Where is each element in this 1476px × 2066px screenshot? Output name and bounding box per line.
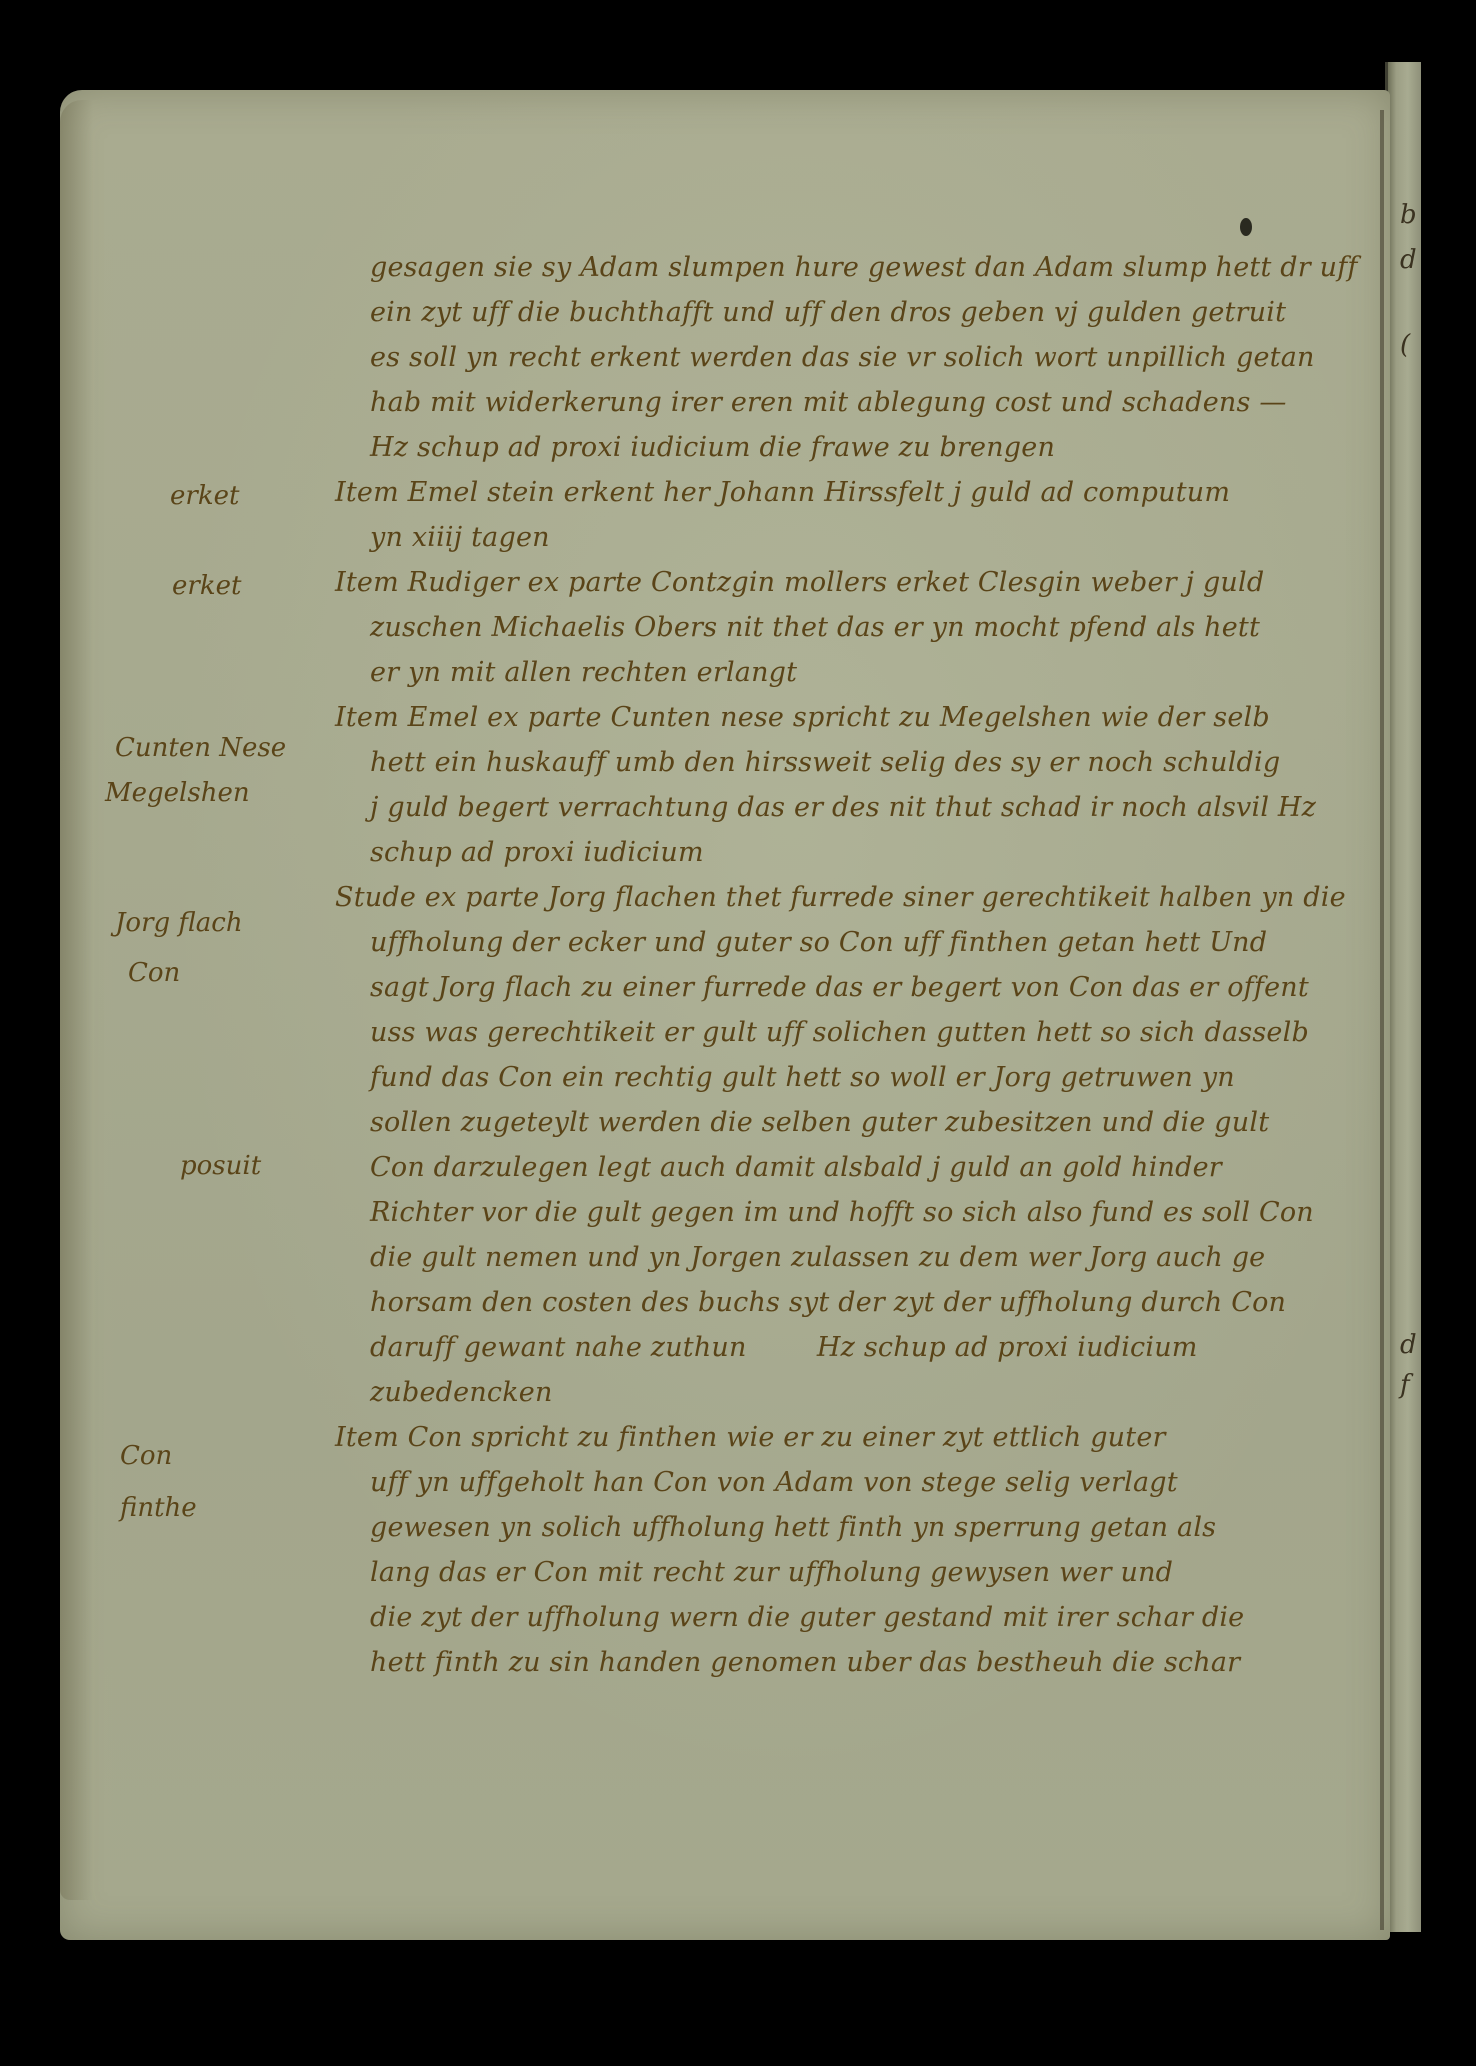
entry-item: Item Emel stein erkent her Johann Hirssf…: [370, 470, 1370, 560]
entry-continuation: gesagen sie sy Adam slumpen hure gewest …: [370, 245, 1370, 470]
text-line: Stude ex parte Jorg flachen thet furrede…: [335, 875, 1370, 920]
text-line: hett ein huskauff umb den hirssweit seli…: [370, 740, 1370, 785]
text-line: Item Emel ex parte Cunten nese spricht z…: [335, 695, 1370, 740]
margin-note: Jorg flach: [115, 905, 243, 941]
text-line: Item Emel stein erkent her Johann Hirssf…: [335, 470, 1370, 515]
text-line: j guld begert verrachtung das er des nit…: [370, 785, 1370, 830]
text-line: yn xiiij tagen: [370, 515, 1370, 560]
margin-note: erket: [170, 478, 239, 514]
text-line: daruff gewant nahe zuthun Hz schup ad pr…: [370, 1325, 1370, 1370]
main-text-block: gesagen sie sy Adam slumpen hure gewest …: [370, 245, 1370, 1685]
text-line: sagt Jorg flach zu einer furrede das er …: [370, 965, 1370, 1010]
text-line: lang das er Con mit recht zur uffholung …: [370, 1550, 1370, 1595]
margin-note: Con: [120, 1438, 172, 1474]
entry-item: Stude ex parte Jorg flachen thet furrede…: [370, 875, 1370, 1415]
text-line: uss was gerechtikeit er gult uff soliche…: [370, 1010, 1370, 1055]
entry-item: Item Emel ex parte Cunten nese spricht z…: [370, 695, 1370, 875]
entry-item: Item Con spricht zu finthen wie er zu ei…: [370, 1415, 1370, 1685]
text-line: gewesen yn solich uffholung hett finth y…: [370, 1505, 1370, 1550]
page-background: b d ( d f erket erket Cunten Nese Megels…: [0, 0, 1476, 2066]
next-leaf-mark: d: [1400, 1332, 1417, 1358]
margin-note: Megelshen: [105, 775, 250, 811]
text-line: uff yn uffgeholt han Con von Adam von st…: [370, 1460, 1370, 1505]
text-line: zubedencken: [370, 1370, 1370, 1415]
margin-note: posuit: [180, 1148, 261, 1184]
text-line: die zyt der uffholung wern die guter ges…: [370, 1595, 1370, 1640]
text-line: gesagen sie sy Adam slumpen hure gewest …: [370, 245, 1370, 290]
margin-note: Con: [128, 955, 180, 991]
next-leaf-edge: b d ( d f: [1385, 62, 1421, 1932]
text-line: es soll yn recht erkent werden das sie v…: [370, 335, 1370, 380]
text-line: uffholung der ecker und guter so Con uff…: [370, 920, 1370, 965]
text-line: sollen zugeteylt werden die selben guter…: [370, 1100, 1370, 1145]
text-line: zuschen Michaelis Obers nit thet das er …: [370, 605, 1370, 650]
margin-note: erket: [172, 568, 241, 604]
next-leaf-mark: b: [1400, 202, 1417, 228]
margin-note: finthe: [120, 1490, 197, 1526]
text-line: fund das Con ein rechtig gult hett so wo…: [370, 1055, 1370, 1100]
text-line: Richter vor die gult gegen im und hofft …: [370, 1190, 1370, 1235]
entry-item: Item Rudiger ex parte Contzgin mollers e…: [370, 560, 1370, 695]
text-line: horsam den costen des buchs syt der zyt …: [370, 1280, 1370, 1325]
text-line: die gult nemen und yn Jorgen zulassen zu…: [370, 1235, 1370, 1280]
margin-notes: erket erket Cunten Nese Megelshen Jorg f…: [0, 0, 360, 2066]
next-leaf-mark: d: [1400, 247, 1417, 273]
paper-hole: [1240, 218, 1252, 236]
next-leaf-mark: (: [1400, 332, 1410, 358]
text-line: hett finth zu sin handen genomen uber da…: [370, 1640, 1370, 1685]
text-line: Item Rudiger ex parte Contzgin mollers e…: [335, 560, 1370, 605]
text-line: er yn mit allen rechten erlangt: [370, 650, 1370, 695]
text-line: Hz schup ad proxi iudicium die frawe zu …: [370, 425, 1370, 470]
margin-note: Cunten Nese: [115, 730, 286, 766]
text-line: Item Con spricht zu finthen wie er zu ei…: [335, 1415, 1370, 1460]
text-line: hab mit widerkerung irer eren mit ablegu…: [370, 380, 1370, 425]
text-line: schup ad proxi iudicium: [370, 830, 1370, 875]
text-line: ein zyt uff die buchthafft und uff den d…: [370, 290, 1370, 335]
text-line: Con darzulegen legt auch damit alsbald j…: [370, 1145, 1370, 1190]
next-leaf-mark: f: [1400, 1372, 1410, 1398]
